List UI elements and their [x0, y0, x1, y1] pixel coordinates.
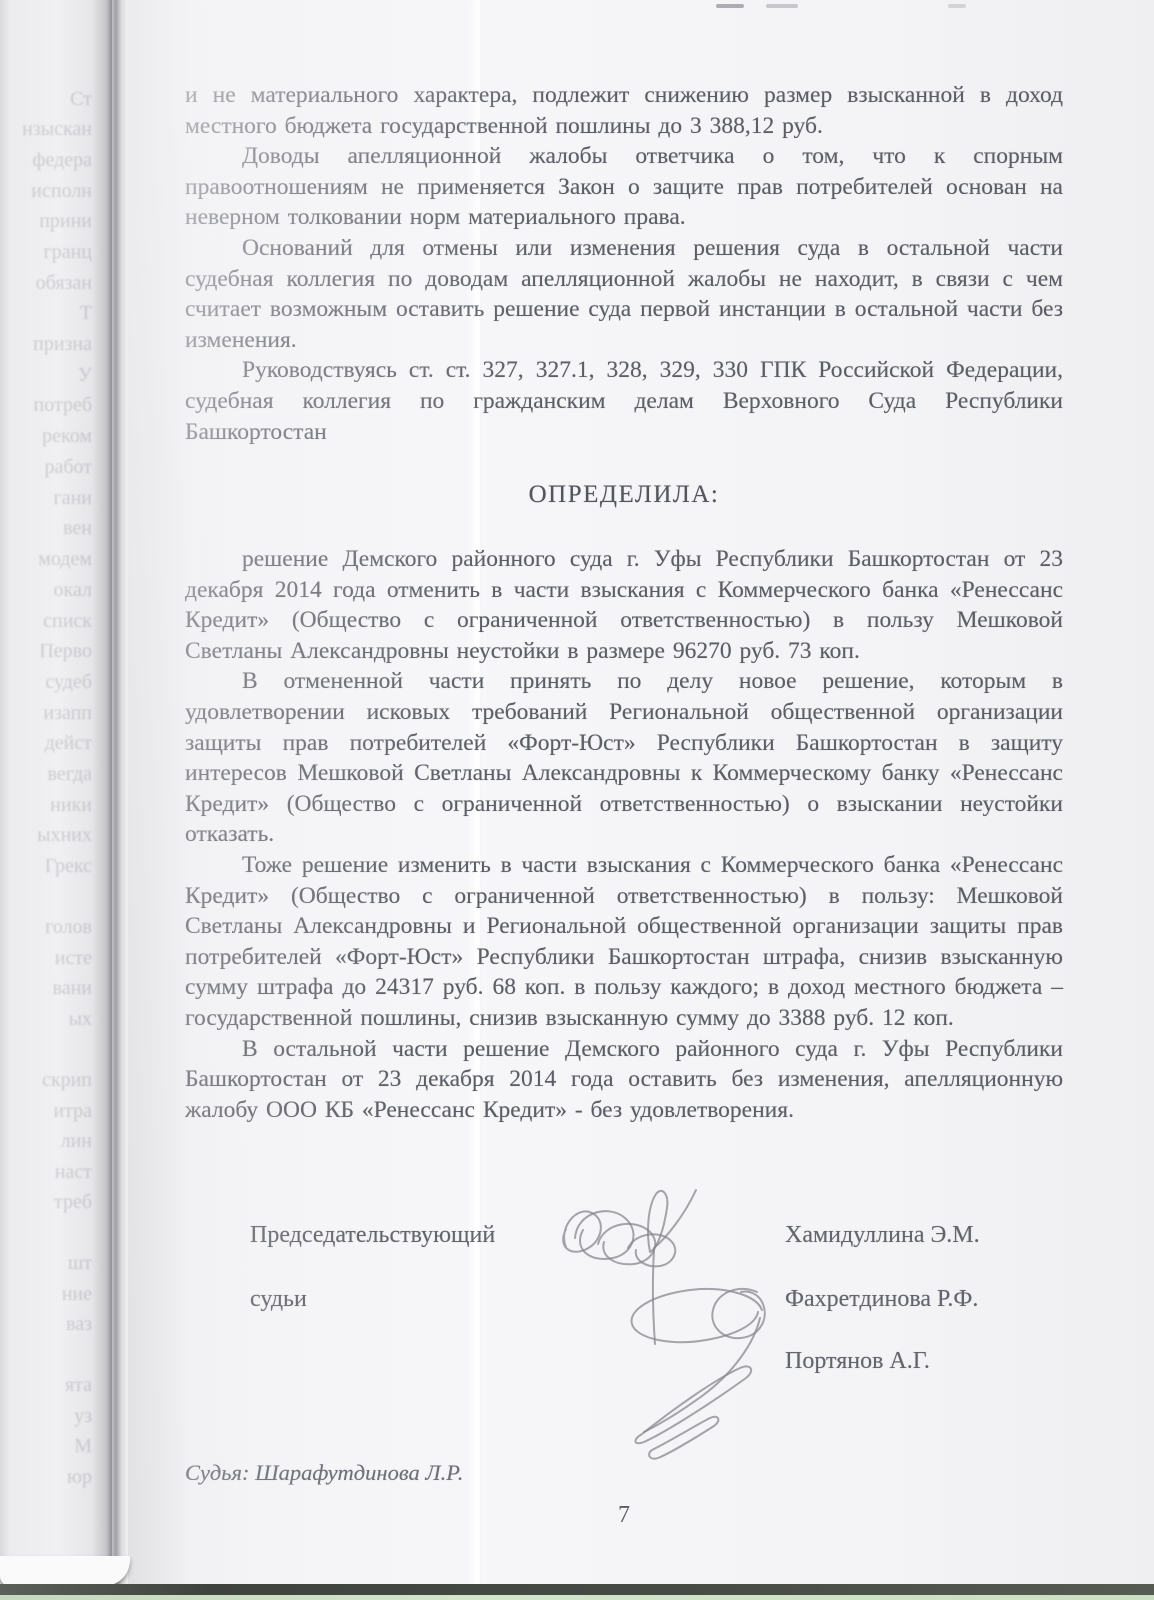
judge3-name: Портянов А.Г.: [785, 1348, 930, 1375]
bleed-through-fragment: исте: [55, 947, 92, 970]
body-text-lower: решение Демского районного суда г. Уфы Р…: [185, 544, 1063, 1125]
bleed-through-fragment: ыхних: [37, 824, 92, 847]
bleed-through-fragment: вани: [53, 977, 92, 1000]
scanner-dash-mark: [948, 4, 966, 8]
scanner-dash-mark: [766, 4, 798, 8]
bleed-through-fragment: нзыскан: [22, 118, 92, 141]
bleed-through-fragment: исполн: [31, 180, 92, 203]
scanner-bottom-dark-strip: [0, 1584, 1154, 1595]
paragraph: Доводы апелляционной жалобы ответчика о …: [185, 141, 1063, 233]
judges-label: судьи: [250, 1286, 307, 1313]
scanned-court-document-page: СтнзысканфедераисполнпринигранцобязанТпр…: [0, 0, 1154, 1600]
bleed-through-text-fragments: СтнзысканфедераисполнпринигранцобязанТпр…: [0, 0, 106, 1600]
bleed-through-fragment: лин: [61, 1130, 92, 1153]
bleed-through-fragment: окал: [54, 579, 92, 602]
bleed-through-fragment: прини: [39, 210, 92, 233]
bleed-through-fragment: ых: [69, 1008, 92, 1031]
paragraph: и не материального характера, подлежит с…: [185, 80, 1063, 141]
bleed-through-fragment: голов: [45, 916, 92, 939]
bleed-through-fragment: модем: [38, 548, 92, 571]
bleed-through-fragment: гани: [54, 487, 93, 510]
paragraph: Оснований для отмены или изменения решен…: [185, 233, 1063, 355]
bleed-through-fragment: ята: [65, 1374, 92, 1397]
judge2-name: Фахретдинова Р.Ф.: [785, 1286, 978, 1313]
bleed-through-fragment: ваз: [66, 1313, 92, 1336]
bleed-through-fragment: Перво: [39, 640, 92, 663]
bleed-through-fragment: обязан: [36, 272, 92, 295]
bleed-through-fragment: потреб: [34, 394, 92, 417]
bleed-through-fragment: Грекс: [45, 855, 92, 878]
bleed-through-fragment: Т: [80, 302, 92, 325]
bleed-through-fragment: ники: [50, 794, 92, 817]
bleed-through-fragment: юр: [67, 1466, 92, 1489]
scanner-dash-mark: [716, 4, 744, 8]
bleed-through-fragment: призна: [33, 333, 92, 356]
bleed-through-fragment: треб: [54, 1191, 92, 1214]
bleed-through-fragment: дейст: [45, 732, 92, 755]
bleed-through-fragment: ние: [62, 1283, 92, 1306]
bleed-through-fragment: У: [78, 364, 92, 387]
bleed-through-fragment: скрип: [42, 1069, 92, 1092]
paragraph: Руководствуясь ст. ст. 327, 327.1, 328, …: [185, 355, 1063, 447]
bleed-through-fragment: судеб: [45, 671, 92, 694]
bleed-through-fragment: М: [74, 1435, 92, 1458]
bleed-through-fragment: списк: [43, 610, 92, 633]
bleed-through-fragment: федера: [32, 149, 92, 172]
bleed-through-fragment: изапп: [43, 702, 92, 725]
bleed-through-fragment: работ: [44, 456, 92, 479]
signature-presiding-judge: [563, 1190, 696, 1344]
presiding-judge-name: Хамидуллина Э.М.: [785, 1222, 980, 1249]
paragraph: В отмененной части принять по делу новое…: [185, 666, 1063, 850]
presiding-judge-label: Председательствующий: [250, 1222, 495, 1249]
paragraph: В остальной части решение Демского район…: [185, 1034, 1063, 1126]
body-text-upper: и не материального характера, подлежит с…: [185, 80, 1063, 447]
ruling-heading: ОПРЕДЕЛИЛА:: [185, 481, 1063, 509]
bleed-through-fragment: шт: [68, 1252, 92, 1275]
page-number: 7: [185, 1502, 1063, 1529]
signature-judge-scribble: [632, 1289, 765, 1459]
paragraph: решение Демского районного суда г. Уфы Р…: [185, 544, 1063, 666]
bleed-through-fragment: вегда: [48, 763, 92, 786]
scanner-bottom-green-strip: [0, 1595, 1154, 1600]
bleed-through-fragment: реком: [42, 425, 92, 448]
bleed-through-fragment: гранц: [44, 241, 93, 264]
bleed-through-fragment: наст: [55, 1161, 92, 1184]
bottom-left-page-curl: [0, 1556, 130, 1586]
bleed-through-fragment: итра: [53, 1100, 92, 1123]
bleed-through-fragment: вен: [63, 517, 92, 540]
bleed-through-fragment: Ст: [70, 88, 92, 111]
paragraph: Тоже решение изменить в части взыскания …: [185, 850, 1063, 1034]
reporting-judge-line: Судья: Шарафутдинова Л.Р.: [185, 1460, 463, 1486]
book-fold-shadow: [106, 0, 128, 1600]
bleed-through-fragment: уз: [74, 1405, 92, 1428]
